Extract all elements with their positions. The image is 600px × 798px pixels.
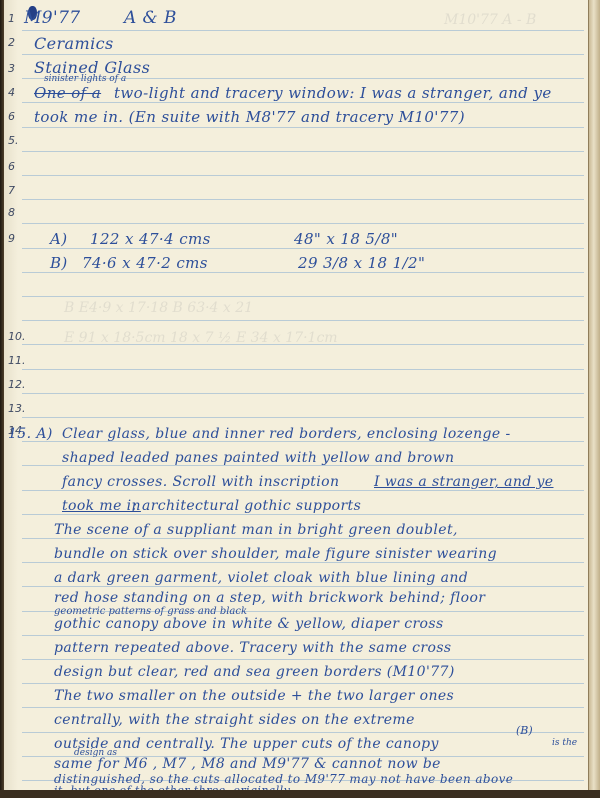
description-line: shaped leaded panes painted with yellow … (62, 450, 454, 466)
inscription-underlined: took me in (62, 498, 141, 514)
ruled-line (22, 199, 584, 200)
bleed-through-text: B E4·9 x 17·18 B 63·4 x 21 (64, 300, 253, 316)
line-number: 7 (8, 184, 30, 197)
ruled-line (22, 248, 584, 249)
line-number: 6 (8, 160, 30, 173)
inscription-underlined: I was a stranger, and ye (374, 474, 553, 490)
record-parts: A & B (124, 8, 177, 28)
ruled-line (22, 102, 584, 103)
bleed-through-text: M10'77 A - B (444, 12, 536, 28)
ruled-line (22, 586, 584, 587)
line-number: 5. (8, 134, 30, 147)
dimension-b-label: B) (50, 254, 68, 272)
notebook-page: M10'77 A - B B E4·9 x 17·18 B 63·4 x 21 … (4, 0, 588, 790)
line-number: 13. (8, 402, 30, 415)
ruled-line (22, 320, 584, 321)
ruled-line (22, 151, 584, 152)
description-line: red hose standing on a step, with brickw… (54, 590, 485, 606)
ruled-line (22, 272, 584, 273)
description-line: gothic canopy above in white & yellow, d… (54, 616, 444, 632)
ruled-line (22, 732, 584, 733)
dimension-a-inches: 48" x 18 5/8" (294, 230, 398, 248)
ruled-line (22, 296, 584, 297)
ruled-line (22, 417, 584, 418)
page-bottom-edge (0, 790, 600, 798)
ruled-line (22, 223, 584, 224)
struck-text: One of a (34, 84, 101, 102)
description-line: The scene of a suppliant man in bright g… (54, 522, 458, 538)
description-line: a dark green garment, violet cloak with … (54, 570, 468, 586)
description-line: bundle on stick over shoulder, male figu… (54, 546, 497, 562)
insertion-note: (B) (516, 724, 533, 737)
line-number: 9 (8, 232, 30, 245)
description-line: The two smaller on the outside + the two… (54, 688, 454, 704)
record-id: M9'77 (24, 8, 81, 28)
ruled-line (22, 659, 584, 660)
description-line: design but clear, red and sea green bord… (54, 664, 455, 680)
dimension-b-cm: 74·6 x 47·2 cms (82, 254, 208, 272)
ruled-line (22, 490, 584, 491)
ruled-line (22, 369, 584, 370)
description-line: Clear glass, blue and inner red borders,… (62, 426, 511, 442)
line-number: 6 (8, 110, 30, 123)
ruled-line (22, 127, 584, 128)
ruled-line (22, 514, 584, 515)
item-15-prefix: 15. A) (8, 426, 53, 442)
dimension-a-label: A) (50, 230, 68, 248)
dimension-a-cm: 122 x 47·4 cms (90, 230, 211, 248)
category: Ceramics (34, 34, 114, 53)
description-line: ; architectural gothic supports (132, 498, 361, 514)
ruled-line (22, 175, 584, 176)
line-number: 2 (8, 36, 30, 49)
line-number: 4 (8, 86, 30, 99)
description-line: pattern repeated above. Tracery with the… (54, 640, 452, 656)
insertion-note: sinister lights of a (44, 74, 126, 84)
bleed-through-text: E 91 x 18·5cm 18 x 7 ½ E 34 x 17·1cm (64, 330, 338, 346)
description-line-4: two-light and tracery window: I was a st… (114, 84, 552, 102)
description-line: fancy crosses. Scroll with inscription (62, 474, 339, 490)
ruled-line (22, 538, 584, 539)
line-number: 10. (8, 330, 30, 343)
ruled-line (22, 393, 584, 394)
ruled-line (22, 54, 584, 55)
line-number: 8 (8, 206, 30, 219)
description-line: centrally, with the straight sides on th… (54, 712, 415, 728)
description-line: same for M6 , M7 , M8 and M9'77 & cannot… (54, 756, 441, 772)
ruled-line (22, 635, 584, 636)
insertion-note: is the (552, 738, 577, 748)
ruled-line (22, 562, 584, 563)
ruled-line (22, 30, 584, 31)
page-edge (588, 0, 600, 798)
line-number: 12. (8, 378, 30, 391)
line-number: 3 (8, 62, 30, 75)
description-line-4b: took me in. (En suite with M8'77 and tra… (34, 108, 465, 126)
dimension-b-inches: 29 3/8 x 18 1/2" (298, 254, 425, 272)
line-number: 11. (8, 354, 30, 367)
ruled-line (22, 707, 584, 708)
ruled-line (22, 683, 584, 684)
